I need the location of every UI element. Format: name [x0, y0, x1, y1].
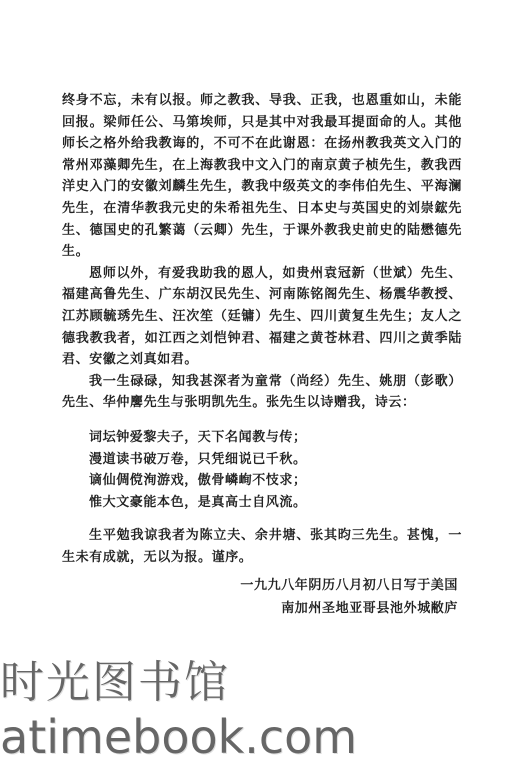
paragraph-teachers: 终身不忘，未有以报。师之教我、导我、正我，也恩重如山，未能回报。梁师任公、马第埃… [62, 90, 462, 263]
document-body: 终身不忘，未有以报。师之教我、导我、正我，也恩重如山，未能回报。梁师任公、马第埃… [62, 90, 462, 568]
watermark-url: atimebook.com [0, 712, 357, 762]
poem-line: 谪仙倜傥洵游戏，傲骨嶙峋不忮求； [89, 470, 462, 492]
signature-place: 南加州圣地亚哥县池外城敝庐 [238, 597, 458, 616]
watermark-title: 时光图书馆 [0, 658, 230, 708]
poem: 词坛钟爱黎夫子，天下名闻教与传； 漫道读书破万卷，只凭细说已千秋。 谪仙倜傥洵游… [89, 427, 462, 513]
paragraph-friends: 我一生碌碌，知我甚深者为童常（尚经）先生、姚朋（彭歌）先生、华仲麐先生与张明凯先… [62, 371, 462, 414]
paragraph-benefactors: 恩师以外，有爱我助我的恩人，如贵州袁冠新（世斌）先生、福建高鲁先生、广东胡汉民先… [62, 263, 462, 371]
poem-line: 词坛钟爱黎夫子，天下名闻教与传； [89, 427, 462, 449]
poem-line: 惟大文豪能本色，是真高士自风流。 [89, 492, 462, 514]
signature-date: 一九九八年阴历八月初八日写于美国 [238, 574, 458, 593]
poem-line: 漫道读书破万卷，只凭细说已千秋。 [89, 449, 462, 471]
paragraph-closing: 生平勉我谅我者为陈立夫、余井塘、张其昀三先生。甚愧，一生未有成就，无以为报。谨序… [62, 525, 462, 568]
